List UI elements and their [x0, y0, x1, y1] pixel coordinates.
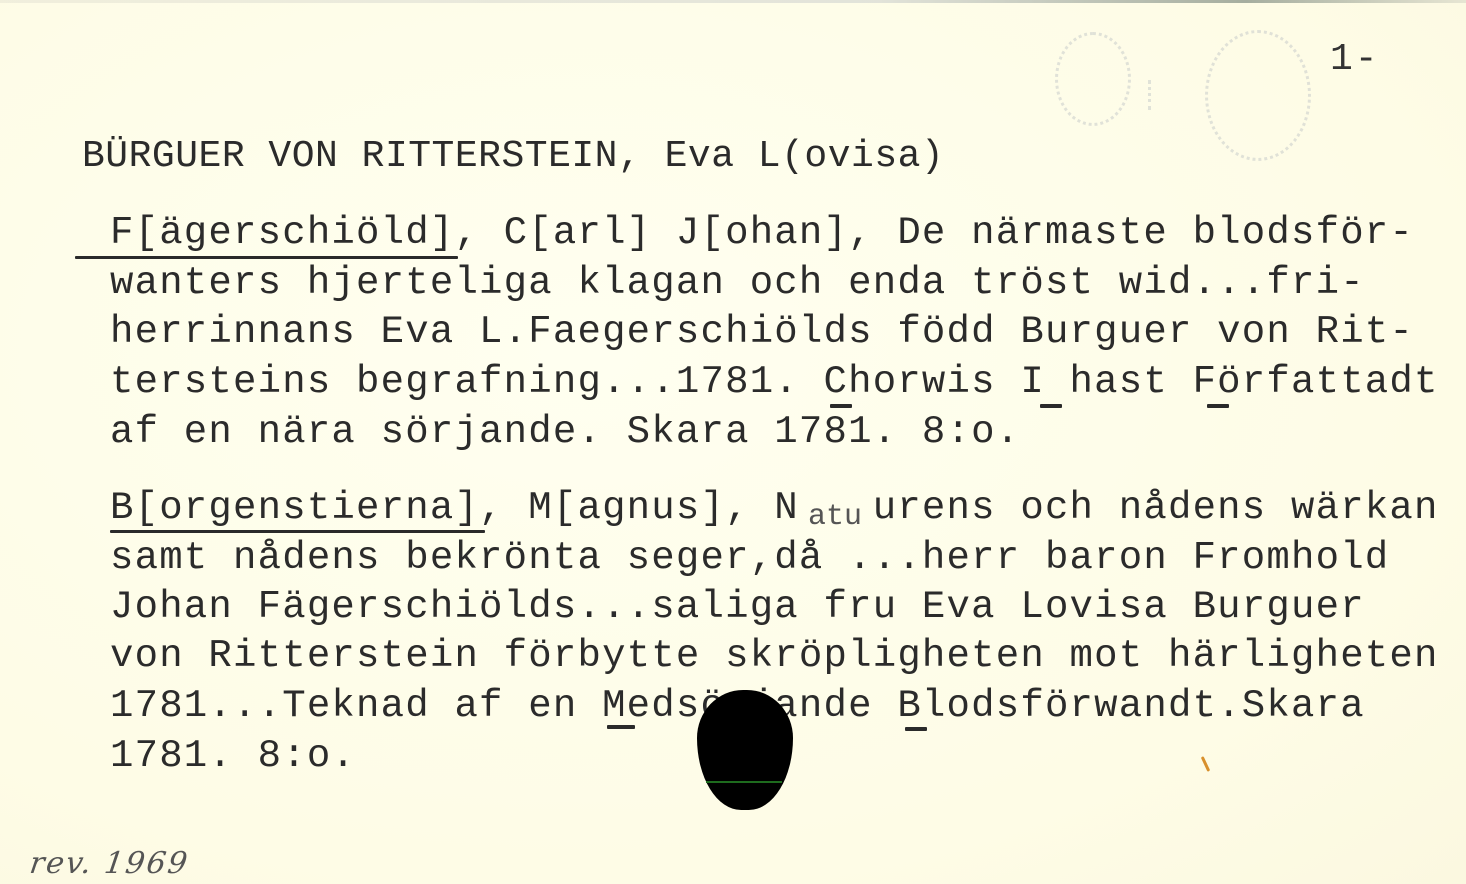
faded-stamp-mark [1205, 30, 1311, 161]
entry-2-line-2: samt nådens bekrönta seger,då ...herr ba… [110, 539, 1389, 578]
author-underline [75, 256, 458, 259]
typed-overprint: atu [808, 500, 862, 534]
entry-2-line-1: B[orgenstierna], M[agnus], N urens och n… [110, 489, 1439, 528]
paper-speck [1201, 756, 1210, 772]
entry-2-line-6: 1781. 8:o. [110, 737, 356, 776]
card-number: 1- [1330, 38, 1380, 81]
catalog-card: 1- BÜRGUER VON RITTERSTEIN, Eva L(ovisa)… [0, 0, 1466, 884]
author-underline [110, 530, 485, 533]
entry-1-line-2: wanters hjerteliga klagan och enda tröst… [110, 264, 1365, 303]
redaction-mark-line [706, 781, 782, 783]
entry-1-line-5: af en nära sörjande. Skara 1781. 8:o. [110, 413, 1020, 452]
entry-1-line-3: herrinnans Eva L.Faegerschiölds född Bur… [110, 313, 1414, 352]
entry-2-line-4: von Ritterstein förbytte skröpligheten m… [110, 637, 1439, 676]
handwritten-revision-note: rev. 1969 [28, 846, 192, 881]
letter-underline [1207, 404, 1229, 408]
letter-underline [1040, 404, 1062, 408]
entry-2-line-3: Johan Fägerschiölds...saliga fru Eva Lov… [110, 588, 1365, 627]
faded-stamp-mark [1148, 80, 1171, 110]
author-heading: BÜRGUER VON RITTERSTEIN, Eva L(ovisa) [82, 138, 944, 176]
entry-1-line-1: F[ägerschiöld], C[arl] J[ohan], De närma… [110, 214, 1414, 253]
letter-underline [607, 725, 635, 729]
letter-underline [905, 727, 927, 731]
entry-1-line-4: tersteins begrafning...1781. Chorwis I h… [110, 363, 1439, 402]
card-top-edge [0, 0, 1466, 3]
redaction-blot [697, 690, 793, 810]
faded-stamp-mark [1055, 32, 1131, 126]
letter-underline [830, 404, 852, 408]
